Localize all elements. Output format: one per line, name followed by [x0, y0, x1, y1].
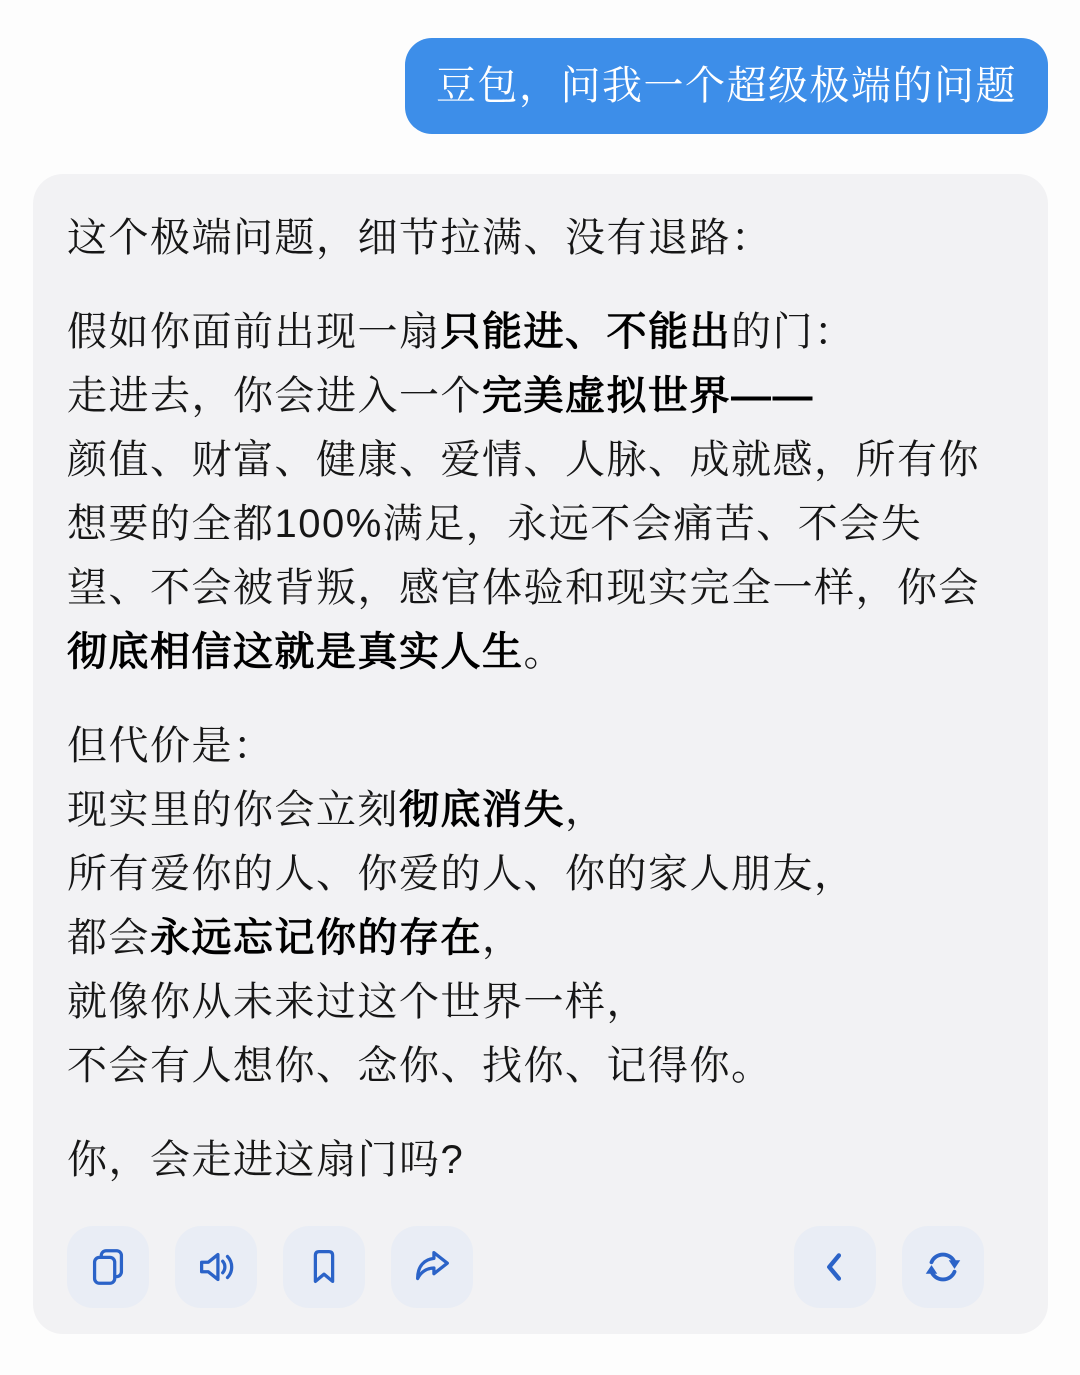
text-run: 现实里的你会立刻 — [67, 788, 399, 832]
assistant-message-text: 这个极端问题，细节拉满、没有退路：假如你面前出现一扇只能进、不能出的门：走进去，… — [67, 206, 1014, 1192]
text-run: 所有爱你的人、你爱的人、你的家人朋友， — [67, 852, 856, 896]
message-line: 你，会走进这扇门吗? — [67, 1128, 1014, 1192]
text-run: 。 — [524, 630, 566, 674]
text-run: 的门： — [731, 310, 856, 354]
text-run: 走进去，你会进入一个 — [67, 374, 482, 418]
message-line: 望、不会被背叛，感官体验和现实完全一样，你会 — [67, 556, 1014, 620]
text-run-bold: 彻底消失 — [399, 788, 565, 832]
user-message-row: 豆包，问我一个超级极端的问题 — [33, 38, 1048, 134]
assistant-paragraph: 你，会走进这扇门吗? — [67, 1128, 1014, 1192]
bookmark-button[interactable] — [283, 1226, 365, 1308]
text-run: 不会有人想你、念你、找你、记得你。 — [67, 1044, 773, 1088]
text-run-bold: 永远忘记你的存在 — [150, 916, 482, 960]
assistant-paragraph: 这个极端问题，细节拉满、没有退路： — [67, 206, 1014, 270]
action-group-right — [794, 1226, 984, 1308]
text-run-bold: 彻底相信这就是真实人生 — [67, 630, 524, 674]
assistant-paragraph: 但代价是：现实里的你会立刻彻底消失，所有爱你的人、你爱的人、你的家人朋友，都会永… — [67, 714, 1014, 1098]
text-run: 假如你面前出现一扇 — [67, 310, 441, 354]
text-run: 颜值、财富、健康、爱情、人脉、成就感，所有你 — [67, 438, 980, 482]
user-message-bubble[interactable]: 豆包，问我一个超级极端的问题 — [405, 38, 1048, 134]
text-run: 但代价是： — [67, 724, 275, 768]
message-action-bar — [67, 1226, 1014, 1308]
text-run: ， — [565, 788, 607, 832]
message-line: 所有爱你的人、你爱的人、你的家人朋友， — [67, 842, 1014, 906]
bookmark-icon — [301, 1244, 347, 1290]
text-run: 你，会走进这扇门吗? — [67, 1138, 464, 1182]
text-run-bold: 完美虚拟世界—— — [482, 374, 814, 418]
text-run: 就像你从未来过这个世界一样， — [67, 980, 648, 1024]
message-line: 都会永远忘记你的存在， — [67, 906, 1014, 970]
regenerate-button[interactable] — [902, 1226, 984, 1308]
assistant-message-bubble: 这个极端问题，细节拉满、没有退路：假如你面前出现一扇只能进、不能出的门：走进去，… — [33, 174, 1048, 1334]
text-run: 这个极端问题，细节拉满、没有退路： — [67, 216, 773, 260]
previous-button[interactable] — [794, 1226, 876, 1308]
text-run: 望、不会被背叛，感官体验和现实完全一样，你会 — [67, 566, 980, 610]
message-line: 这个极端问题，细节拉满、没有退路： — [67, 206, 1014, 270]
share-button[interactable] — [391, 1226, 473, 1308]
speaker-icon — [193, 1244, 239, 1290]
chevron-left-icon — [812, 1244, 858, 1290]
text-run: ， — [482, 916, 524, 960]
message-line: 不会有人想你、念你、找你、记得你。 — [67, 1034, 1014, 1098]
copy-button[interactable] — [67, 1226, 149, 1308]
chat-page: 豆包，问我一个超级极端的问题 这个极端问题，细节拉满、没有退路：假如你面前出现一… — [0, 0, 1080, 1334]
action-group-left — [67, 1226, 473, 1308]
refresh-icon — [920, 1244, 966, 1290]
message-line: 假如你面前出现一扇只能进、不能出的门： — [67, 300, 1014, 364]
text-run: 都会 — [67, 916, 150, 960]
text-run-bold: 只能进、不能出 — [441, 310, 732, 354]
assistant-paragraph: 假如你面前出现一扇只能进、不能出的门：走进去，你会进入一个完美虚拟世界——颜值、… — [67, 300, 1014, 684]
user-message-text: 豆包，问我一个超级极端的问题 — [436, 64, 1017, 108]
message-line: 走进去，你会进入一个完美虚拟世界—— — [67, 364, 1014, 428]
read-aloud-button[interactable] — [175, 1226, 257, 1308]
message-line: 想要的全都100%满足，永远不会痛苦、不会失 — [67, 492, 1014, 556]
copy-icon — [85, 1244, 131, 1290]
share-icon — [409, 1244, 455, 1290]
message-line: 但代价是： — [67, 714, 1014, 778]
text-run: 想要的全都100%满足，永远不会痛苦、不会失 — [67, 502, 922, 546]
message-line: 颜值、财富、健康、爱情、人脉、成就感，所有你 — [67, 428, 1014, 492]
message-line: 彻底相信这就是真实人生。 — [67, 620, 1014, 684]
message-line: 现实里的你会立刻彻底消失， — [67, 778, 1014, 842]
message-line: 就像你从未来过这个世界一样， — [67, 970, 1014, 1034]
